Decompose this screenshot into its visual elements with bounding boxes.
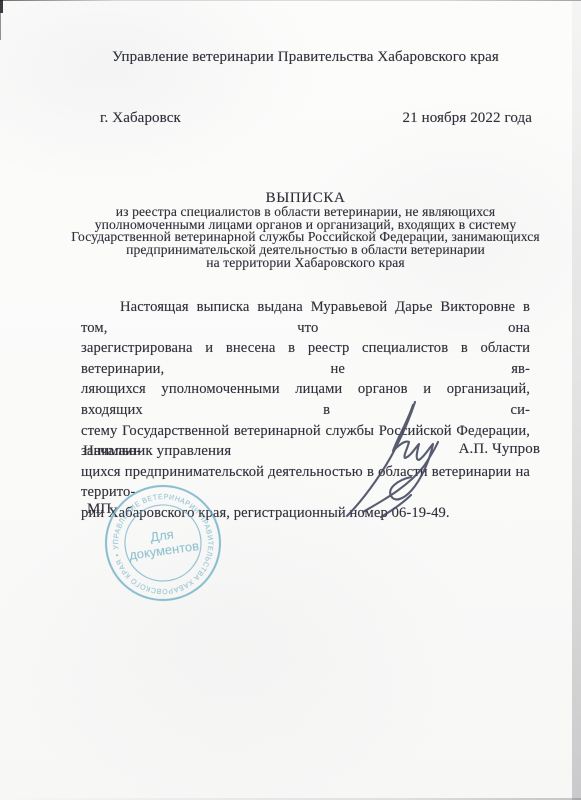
handwritten-signature: [333, 399, 451, 519]
document-date: 21 ноября 2022 года: [300, 110, 532, 127]
scan-edge-left: [0, 10, 1, 40]
signatory-title: Начальник управления: [83, 443, 231, 460]
body-text-line: Настоящая выписка выдана Муравьевой Дарь…: [81, 297, 530, 338]
document-title-block: ВЫПИСКА из реестра специалистов в област…: [66, 190, 545, 270]
organization-name: Управление ветеринарии Правительства Хаб…: [81, 49, 530, 66]
stamp-center-line2: документов: [128, 538, 200, 563]
subtitle-line: на территории Хабаровского края: [66, 257, 545, 270]
body-text-line: зарегистрирована и внесена в реестр спец…: [81, 338, 530, 379]
round-stamp: УПРАВЛЕНИЕ ВЕТЕРИНАРИИ ПРАВИТЕЛЬСТВА ХАБ…: [93, 473, 233, 613]
scan-edge-top: [0, 0, 581, 1]
document-subtitle: из реестра специалистов в области ветери…: [66, 206, 545, 270]
body-text-line: ляющихся уполномоченными лицами органов …: [81, 379, 530, 420]
scanned-document-page: Управление ветеринарии Правительства Хаб…: [0, 0, 581, 800]
scan-edge-right: [572, 0, 581, 800]
document-place: г. Хабаровск: [100, 110, 181, 127]
